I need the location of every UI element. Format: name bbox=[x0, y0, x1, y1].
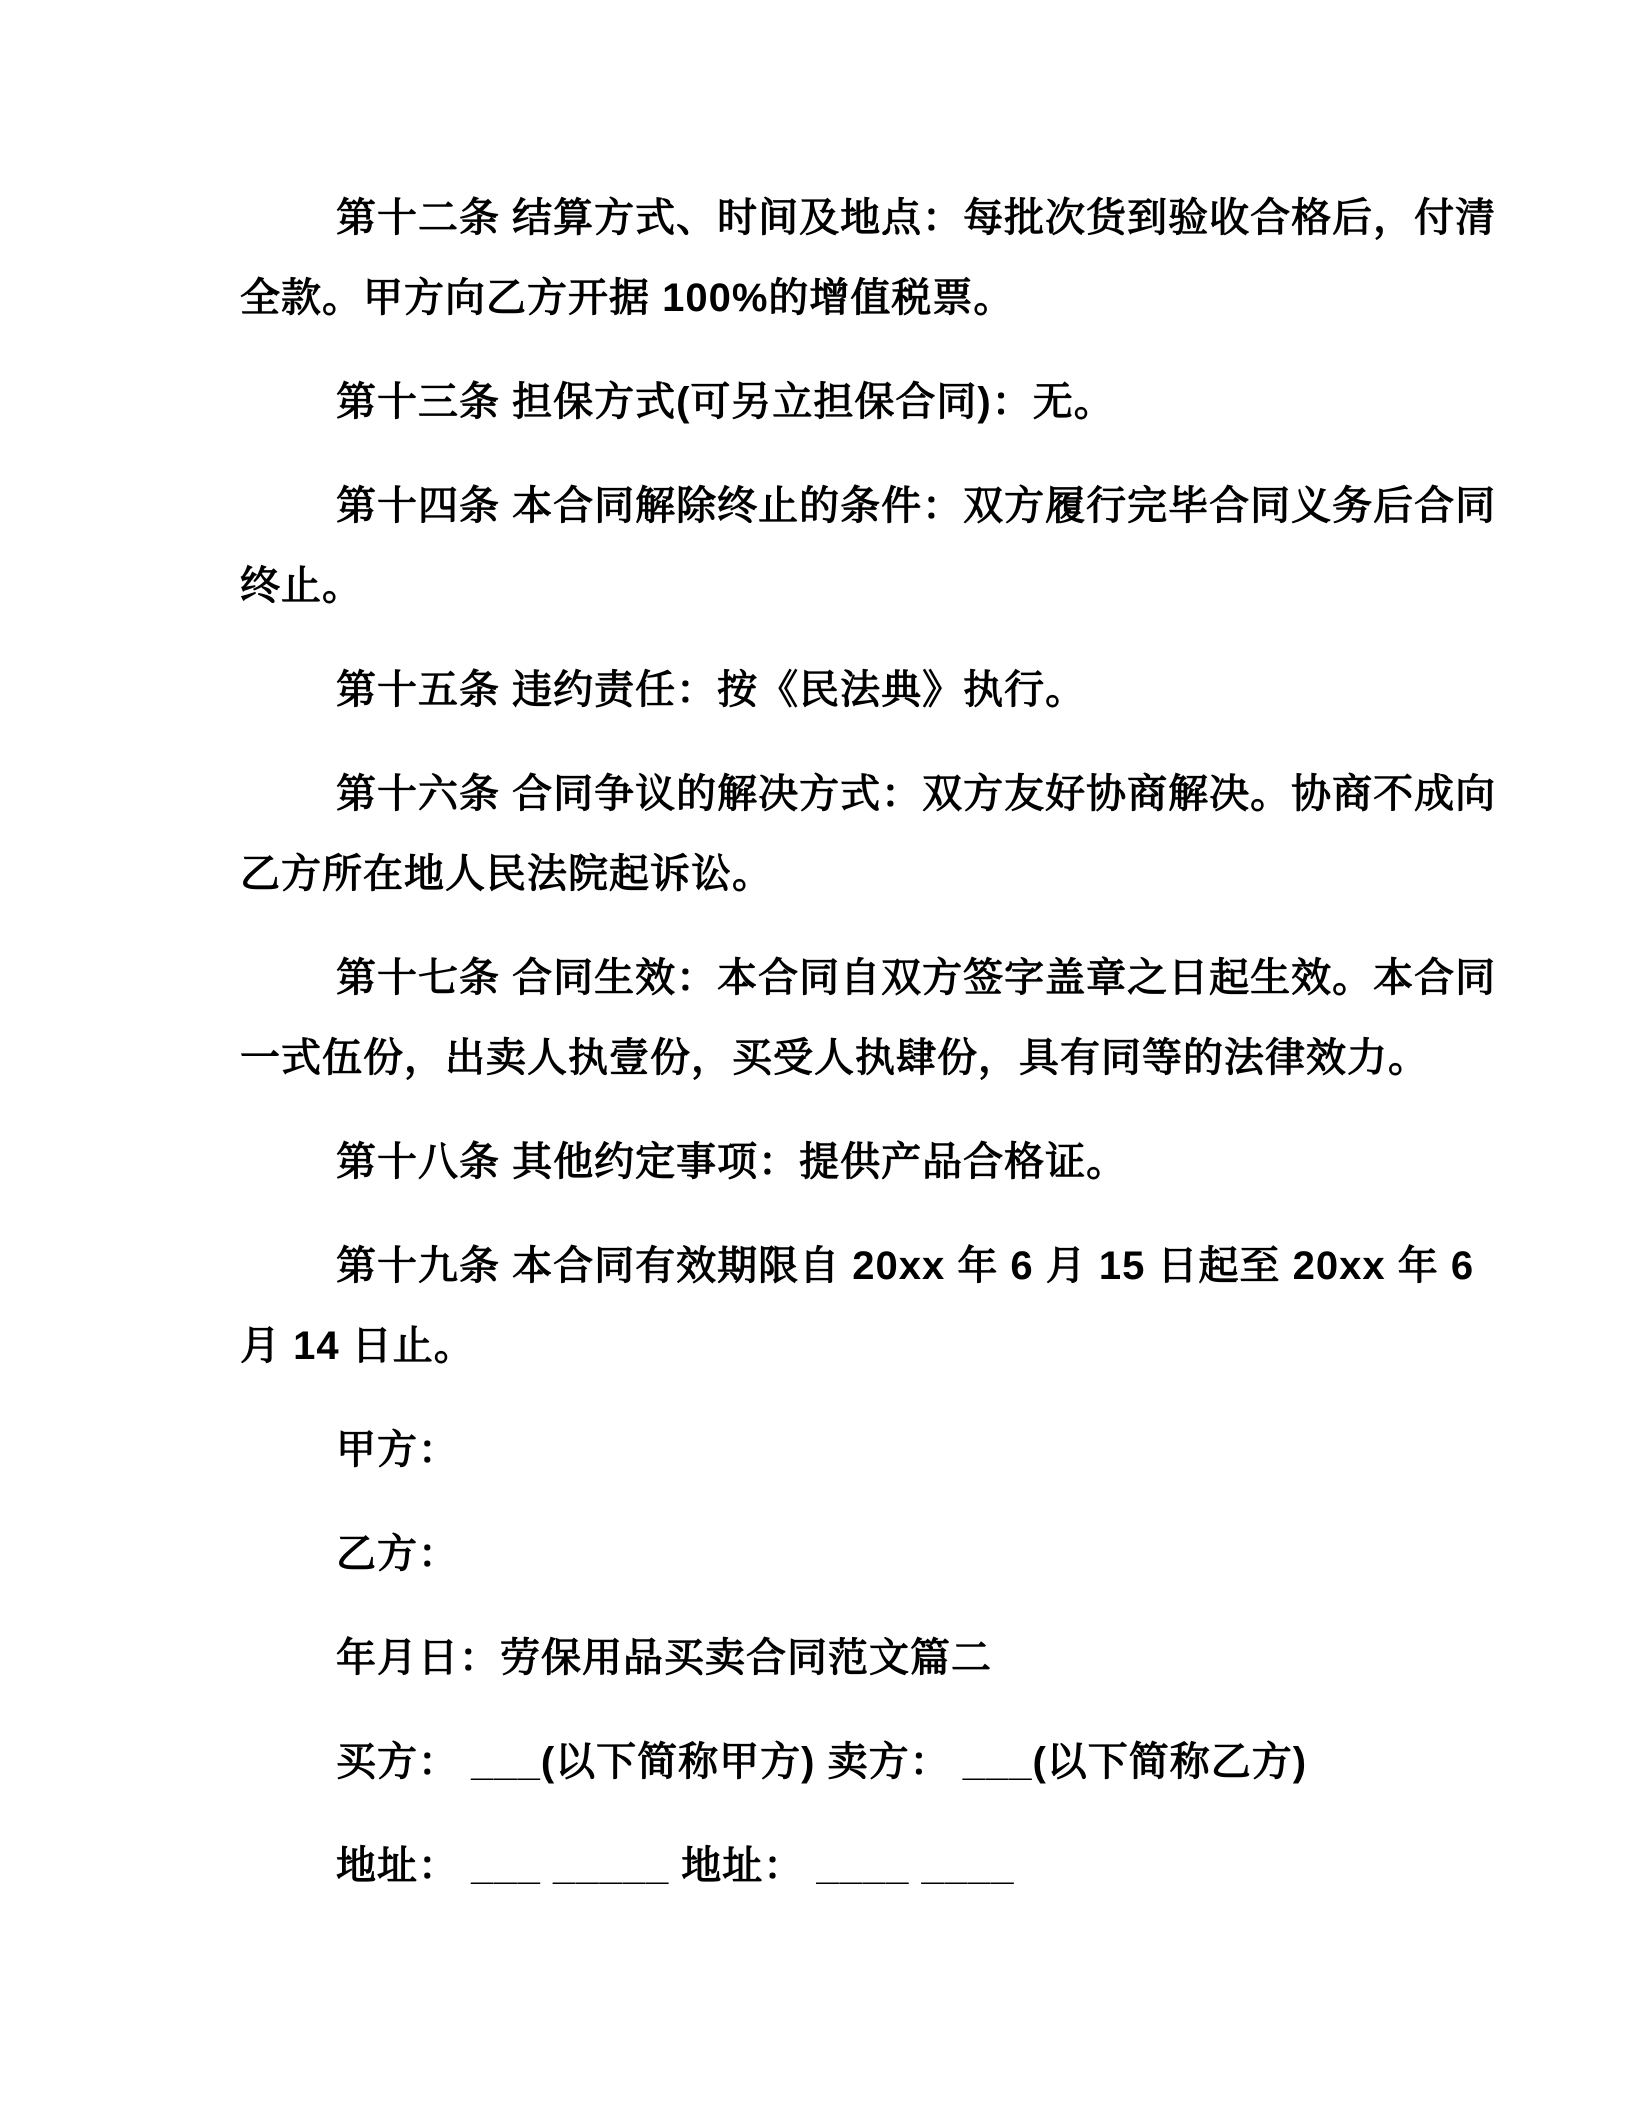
text-line: 地址： ___ _____ 地址： ____ ____ bbox=[240, 1826, 1462, 1906]
text-line: 月 14 日止。 bbox=[240, 1306, 1462, 1386]
text-line: 全款。甲方向乙方开据 100%的增值税票。 bbox=[240, 258, 1462, 338]
text-line: 第十二条 结算方式、时间及地点：每批次货到验收合格后，付清 bbox=[240, 178, 1462, 258]
text-line: 第十六条 合同争议的解决方式：双方友好协商解决。协商不成向 bbox=[240, 754, 1462, 834]
party-a-line: 甲方： bbox=[240, 1410, 1462, 1490]
text-line: 甲方： bbox=[240, 1410, 1462, 1490]
text-line: 第十七条 合同生效：本合同自双方签字盖章之日起生效。本合同 bbox=[240, 938, 1462, 1018]
addresses-line: 地址： ___ _____ 地址： ____ ____ bbox=[240, 1826, 1462, 1906]
text-line: 乙方所在地人民法院起诉讼。 bbox=[240, 834, 1462, 914]
text-line: 第十八条 其他约定事项：提供产品合格证。 bbox=[240, 1122, 1462, 1202]
text-line: 第十三条 担保方式(可另立担保合同)：无。 bbox=[240, 362, 1462, 442]
clause-19: 第十九条 本合同有效期限自 20xx 年 6 月 15 日起至 20xx 年 6… bbox=[240, 1226, 1462, 1386]
clause-13: 第十三条 担保方式(可另立担保合同)：无。 bbox=[240, 362, 1462, 442]
clause-16: 第十六条 合同争议的解决方式：双方友好协商解决。协商不成向 乙方所在地人民法院起… bbox=[240, 754, 1462, 914]
party-b-line: 乙方： bbox=[240, 1514, 1462, 1594]
text-line: 终止。 bbox=[240, 546, 1462, 626]
clause-15: 第十五条 违约责任：按《民法典》执行。 bbox=[240, 650, 1462, 730]
clause-12: 第十二条 结算方式、时间及地点：每批次货到验收合格后，付清 全款。甲方向乙方开据… bbox=[240, 178, 1462, 338]
text-line: 买方： ___(以下简称甲方) 卖方： ___(以下简称乙方) bbox=[240, 1722, 1462, 1802]
text-line: 第十九条 本合同有效期限自 20xx 年 6 月 15 日起至 20xx 年 6 bbox=[240, 1226, 1462, 1306]
text-line: 年月日：劳保用品买卖合同范文篇二 bbox=[240, 1618, 1462, 1698]
clause-18: 第十八条 其他约定事项：提供产品合格证。 bbox=[240, 1122, 1462, 1202]
text-line: 乙方： bbox=[240, 1514, 1462, 1594]
date-and-next-section-title: 年月日：劳保用品买卖合同范文篇二 bbox=[240, 1618, 1462, 1698]
clause-17: 第十七条 合同生效：本合同自双方签字盖章之日起生效。本合同 一式伍份，出卖人执壹… bbox=[240, 938, 1462, 1098]
contract-document-page: 第十二条 结算方式、时间及地点：每批次货到验收合格后，付清 全款。甲方向乙方开据… bbox=[0, 0, 1632, 2112]
text-line: 一式伍份，出卖人执壹份，买受人执肆份，具有同等的法律效力。 bbox=[240, 1018, 1462, 1098]
buyer-seller-line: 买方： ___(以下简称甲方) 卖方： ___(以下简称乙方) bbox=[240, 1722, 1462, 1802]
text-line: 第十四条 本合同解除终止的条件：双方履行完毕合同义务后合同 bbox=[240, 466, 1462, 546]
clause-14: 第十四条 本合同解除终止的条件：双方履行完毕合同义务后合同 终止。 bbox=[240, 466, 1462, 626]
text-line: 第十五条 违约责任：按《民法典》执行。 bbox=[240, 650, 1462, 730]
